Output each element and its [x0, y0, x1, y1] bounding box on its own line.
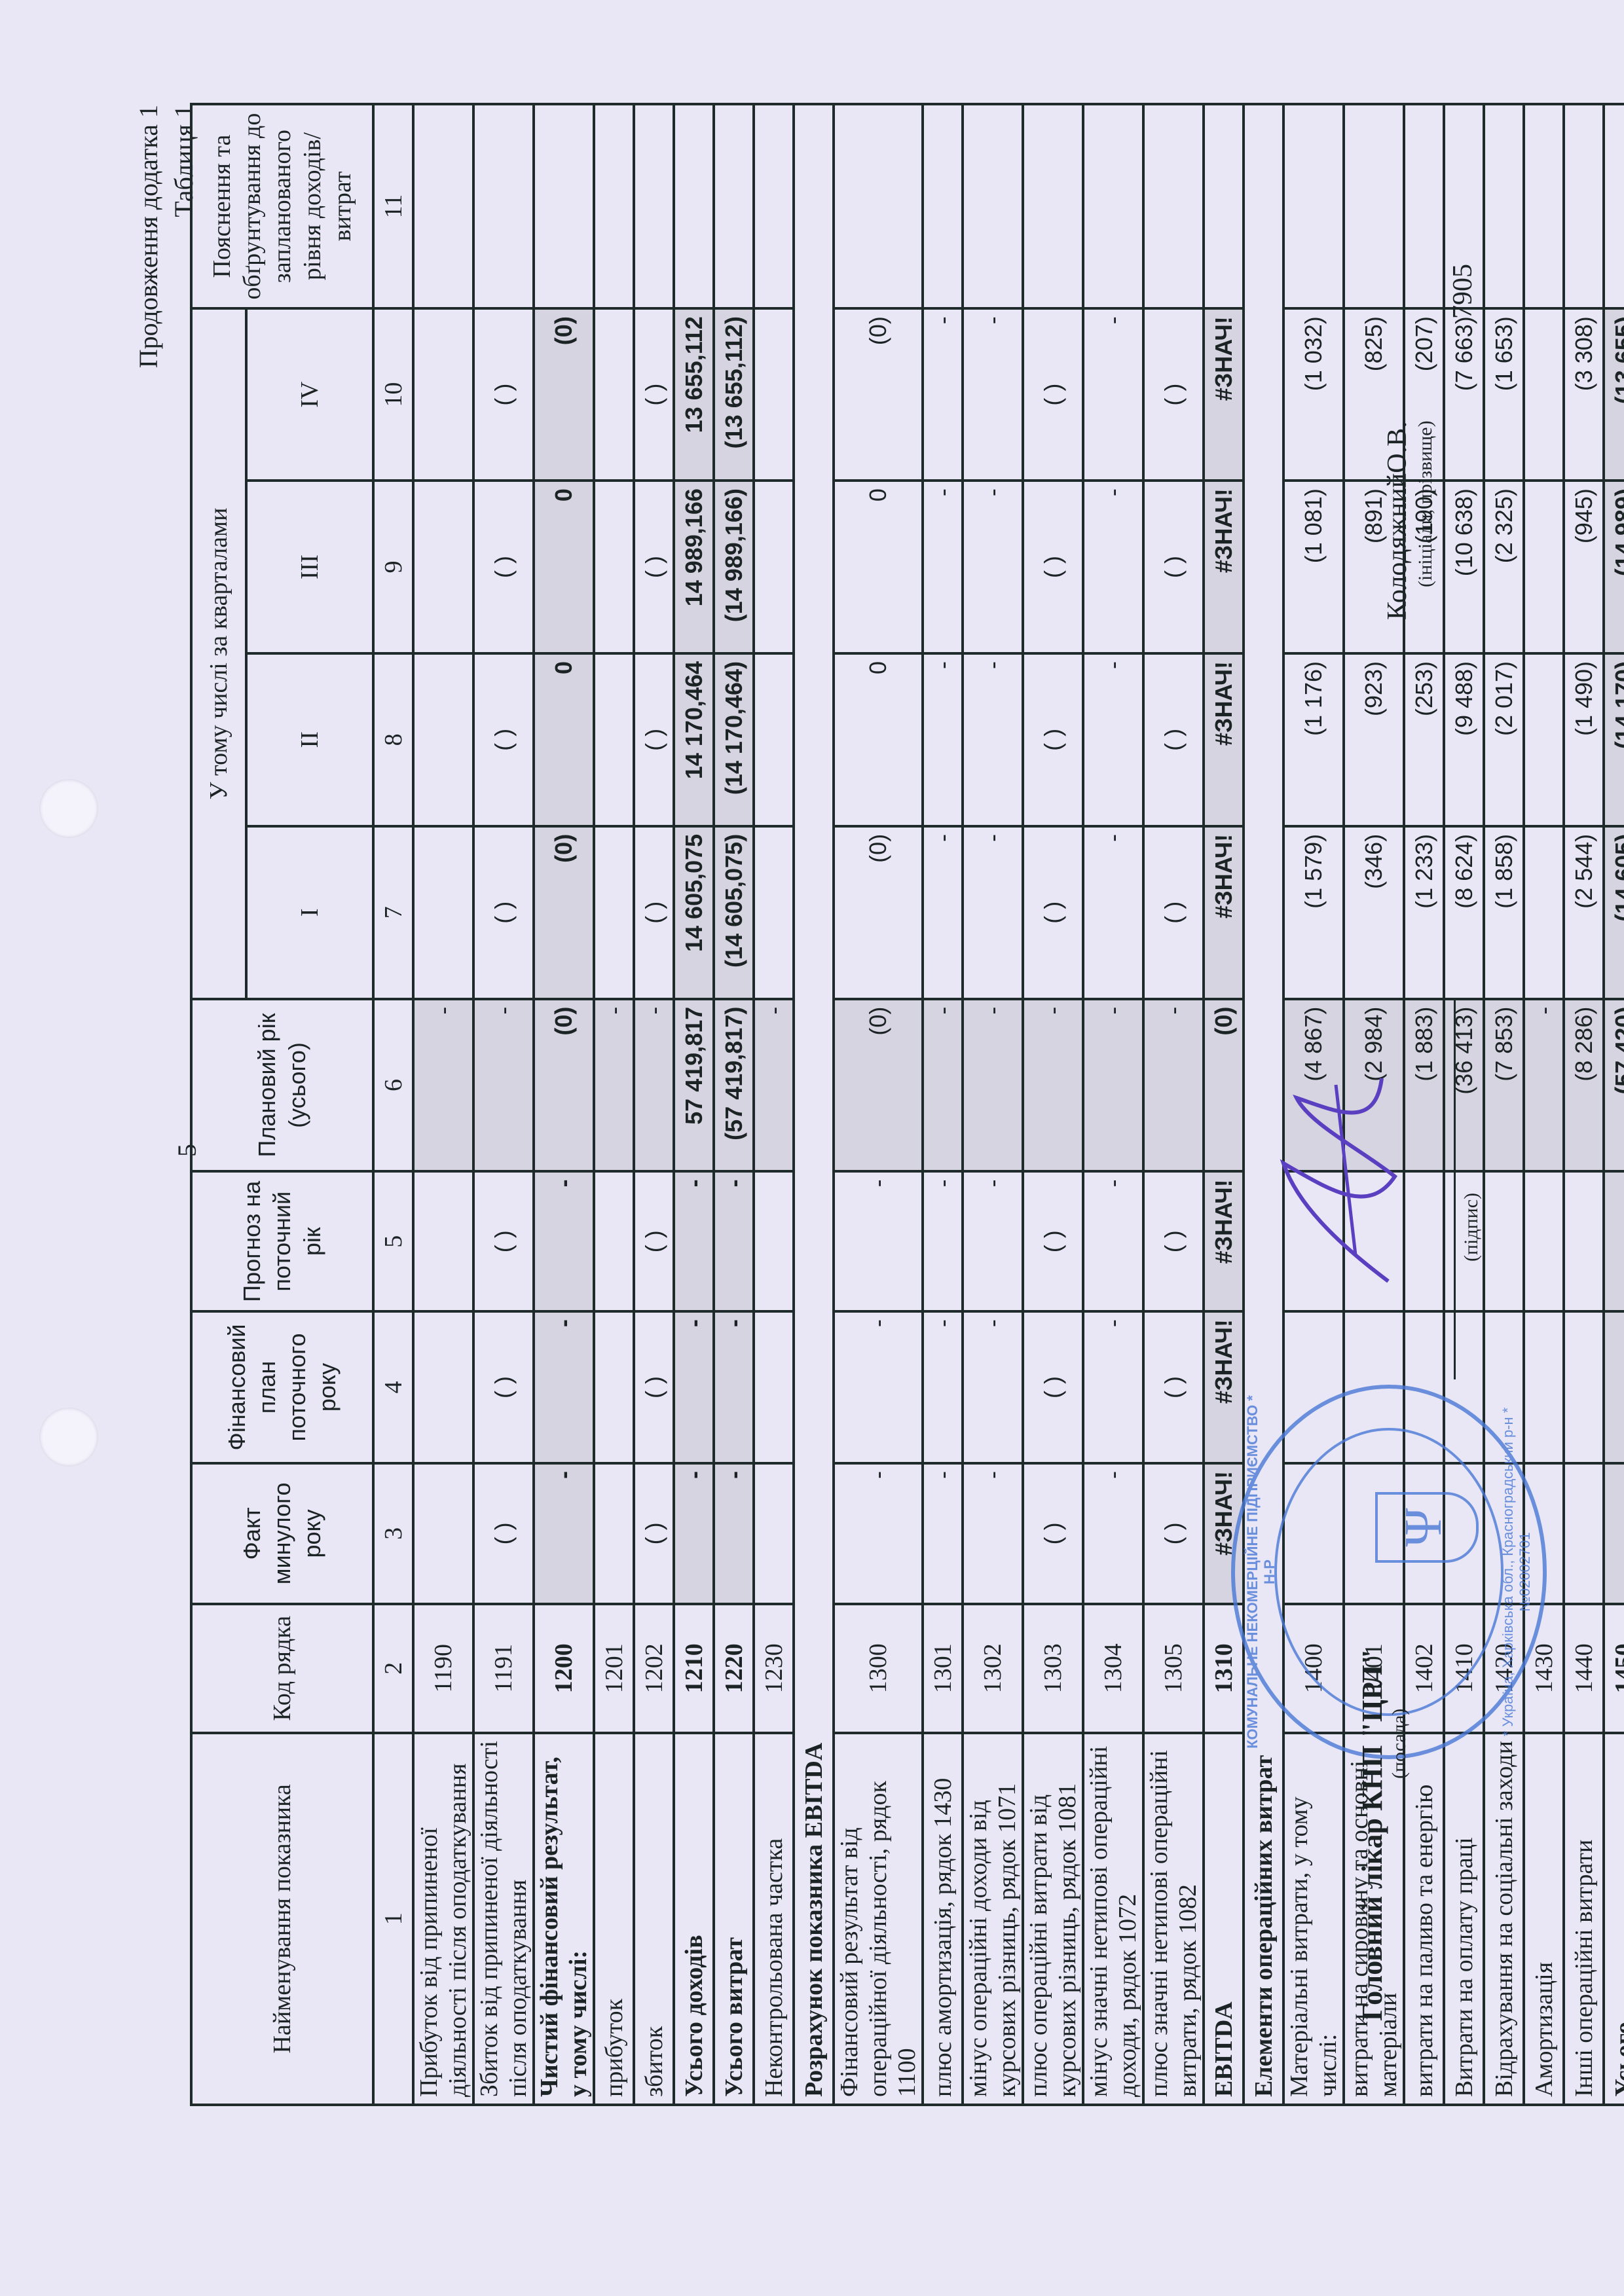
cell-value: 0 [834, 481, 923, 653]
cell-value: (0) [834, 999, 923, 1172]
cell-value: ( ) [1023, 826, 1083, 999]
name-caption: (ініціали, прізвище) [1414, 420, 1437, 587]
cell-value: ( ) [1023, 308, 1083, 481]
cell-value: - [634, 999, 674, 1172]
header-forecast: Прогноз на поточний рік [191, 1171, 373, 1311]
cell-value [413, 1171, 473, 1311]
table-row: Усього доходів1210---57 419,81714 605,07… [674, 104, 714, 2105]
cell-value: - [923, 1463, 963, 1604]
row-name: Відрахування на соціальні заходи [1484, 1733, 1524, 2105]
cell-value [413, 308, 473, 481]
row-note [1023, 104, 1083, 308]
cell-value: (7 663) [1444, 308, 1484, 481]
cell-value: (8 624) [1444, 826, 1484, 999]
row-note [1524, 104, 1564, 308]
position-caption: (посада) [1388, 1709, 1411, 1779]
cell-value: (0) [534, 826, 594, 999]
table-row: прибуток1201- [594, 104, 634, 2105]
cell-value: 0 [834, 653, 923, 826]
row-note [473, 104, 534, 308]
row-note [413, 104, 473, 308]
cell-value: - [963, 1171, 1023, 1311]
cell-value: ( ) [473, 653, 534, 826]
column-number-4: 4 [373, 1311, 413, 1463]
row-note [1564, 104, 1604, 308]
cell-value [1564, 1311, 1604, 1463]
row-name: Збиток від припиненої діяльності після о… [473, 1733, 534, 2105]
cell-value: (14 605) [1604, 826, 1624, 999]
cell-value: ( ) [634, 1463, 674, 1604]
table-row: плюс операційні витрати від курсових різ… [1023, 104, 1083, 2105]
row-name: Матеріальні витрати, у тому числі: [1283, 1733, 1344, 2105]
table-row: мінус операційні доходи від курсових різ… [963, 104, 1023, 2105]
cell-value: - [963, 1311, 1023, 1463]
row-code: 1303 [1023, 1604, 1083, 1733]
coat-of-arms-icon: Ψ [1375, 1492, 1479, 1563]
cell-value: #ЗНАЧ! [1204, 1311, 1244, 1463]
stamp-outer-text: КОМУНАЛЬНЕ НЕКОМЕРЦІЙНЕ ПІДПРИЄМСТВО * Н… [1244, 1389, 1278, 1755]
rotated-page: 5 Продовження додатка 1 Таблиця 1 Наймен… [0, 0, 1624, 2296]
cell-value: ( ) [1023, 1463, 1083, 1604]
table-row: Усього витрат1220---(57 419,817)(14 605,… [714, 104, 754, 2105]
cell-value: (346) [1344, 826, 1404, 999]
row-name: збиток [634, 1733, 674, 2105]
signatory-position: Головний лікар КНП "ЦРЛ" [1356, 1649, 1389, 2021]
cell-value: - [714, 1311, 754, 1463]
column-number-2: 2 [373, 1604, 413, 1733]
cell-value [754, 1171, 794, 1311]
table-row: Неконтрольована частка1230- [754, 104, 794, 2105]
row-code: 1304 [1083, 1604, 1143, 1733]
cell-value [754, 481, 794, 653]
row-name: Фінансовий результат від операційної дія… [834, 1733, 923, 2105]
cell-value: - [963, 999, 1023, 1172]
row-code: 1210 [674, 1604, 714, 1733]
cell-value: ( ) [634, 826, 674, 999]
table-row: Прибуток від припиненої діяльності після… [413, 104, 473, 2105]
cell-value: (57 420) [1604, 999, 1624, 1172]
row-code: 1302 [963, 1604, 1023, 1733]
cell-value: ( ) [473, 826, 534, 999]
row-code: 1191 [473, 1604, 534, 1733]
header-plan-year: Плановий рік (усього) [191, 999, 373, 1172]
cell-value: (14 605,075) [714, 826, 754, 999]
row-note [674, 104, 714, 308]
header-q3: III [246, 481, 373, 653]
cell-value [413, 826, 473, 999]
row-code: 1202 [634, 1604, 674, 1733]
cell-value: - [1083, 1171, 1143, 1311]
cell-value: - [534, 1463, 594, 1604]
section-header-row: Розрахунок показника EBITDA [794, 104, 834, 2105]
column-number-row: 1234567891011 [373, 104, 413, 2105]
table-row: мінус значні нетипові операційні доходи,… [1083, 104, 1143, 2105]
cell-value: (923) [1344, 653, 1404, 826]
column-number-9: 9 [373, 481, 413, 653]
cell-value: (2 544) [1564, 826, 1604, 999]
cell-value: ( ) [634, 653, 674, 826]
cell-value: (2 325) [1484, 481, 1524, 653]
row-code: 1200 [534, 1604, 594, 1733]
cell-value: (1 490) [1564, 653, 1604, 826]
cell-value [594, 1463, 634, 1604]
row-note [1283, 104, 1344, 308]
row-name: витрати на паливо та енергію [1404, 1733, 1444, 2105]
row-note [754, 104, 794, 308]
table-row: Усього1450---(57 420)(14 605)(14 170)(14… [1604, 104, 1624, 2105]
cell-value: - [1143, 999, 1204, 1172]
cell-value: - [923, 999, 963, 1172]
column-number-10: 10 [373, 308, 413, 481]
cell-value [1524, 1171, 1564, 1311]
cell-value: (14 989) [1604, 481, 1624, 653]
cell-value [754, 1463, 794, 1604]
cell-value [594, 308, 634, 481]
cell-value: (1 579) [1283, 826, 1344, 999]
row-name: прибуток [594, 1733, 634, 2105]
cell-value: - [834, 1171, 923, 1311]
cell-value: - [963, 826, 1023, 999]
stamp-inner-ring: Ψ [1274, 1428, 1504, 1716]
cell-value [1524, 653, 1564, 826]
table-row: Витрати на оплату праці1410(36 413)(8 62… [1444, 104, 1484, 2105]
table-row: плюс амортизація, рядок 14301301-------- [923, 104, 963, 2105]
row-note [963, 104, 1023, 308]
cell-value: (1 653) [1484, 308, 1524, 481]
row-name: Усього витрат [714, 1733, 754, 2105]
cell-value: - [1083, 1311, 1143, 1463]
cell-value: (2 017) [1484, 653, 1524, 826]
cell-value: - [1083, 481, 1143, 653]
row-code: 1300 [834, 1604, 923, 1733]
cell-value: #ЗНАЧ! [1204, 1171, 1244, 1311]
cell-value: (0) [834, 308, 923, 481]
row-code: 1440 [1564, 1604, 1604, 1733]
table-body: Прибуток від припиненої діяльності після… [413, 104, 1624, 2105]
cell-value: ( ) [1143, 826, 1204, 999]
cell-value: 14 170,464 [674, 653, 714, 826]
cell-value: ( ) [1143, 308, 1204, 481]
row-name: Усього [1604, 1733, 1624, 2105]
cell-value: 57 419,817 [674, 999, 714, 1172]
table-row: Інші операційні витрати1440(8 286)(2 544… [1564, 104, 1604, 2105]
cell-value: (3 308) [1564, 308, 1604, 481]
cell-value [413, 1463, 473, 1604]
cell-value [413, 481, 473, 653]
cell-value: - [1083, 308, 1143, 481]
row-code: 1230 [754, 1604, 794, 1733]
cell-value: ( ) [634, 481, 674, 653]
table-row: Відрахування на соціальні заходи1420(7 8… [1484, 104, 1524, 2105]
cell-value [594, 1311, 634, 1463]
row-name: мінус значні нетипові операційні доходи,… [1083, 1733, 1143, 2105]
cell-value: (1 032) [1283, 308, 1344, 481]
cell-value: - [714, 1171, 754, 1311]
cell-value: ( ) [473, 1171, 534, 1311]
cell-value: ( ) [473, 481, 534, 653]
cell-value [1564, 1463, 1604, 1604]
cell-value: 13 655,112 [674, 308, 714, 481]
cell-value [754, 308, 794, 481]
cell-value: - [1604, 1311, 1624, 1463]
signature-icon [1257, 1059, 1414, 1294]
cell-value [594, 1171, 634, 1311]
cell-value [754, 653, 794, 826]
cell-value: #ЗНАЧ! [1204, 481, 1244, 653]
official-stamp: КОМУНАЛЬНЕ НЕКОМЕРЦІЙНЕ ПІДПРИЄМСТВО * Н… [1231, 1385, 1547, 1759]
header-q2: II [246, 653, 373, 826]
cell-value: ( ) [473, 308, 534, 481]
cell-value: (1 081) [1283, 481, 1344, 653]
header-q4: IV [246, 308, 373, 481]
table-row: збиток1202( )( )( )-( )( )( )( ) [634, 104, 674, 2105]
cell-value: 14 989,166 [674, 481, 714, 653]
cell-value: (57 419,817) [714, 999, 754, 1172]
row-note [714, 104, 754, 308]
cell-value: (1 176) [1283, 653, 1344, 826]
row-note [1604, 104, 1624, 308]
cell-value [1524, 308, 1564, 481]
cell-value: - [1083, 653, 1143, 826]
cell-value: (253) [1404, 653, 1444, 826]
cell-value: (13 655,112) [714, 308, 754, 481]
cell-value: - [1083, 826, 1143, 999]
cell-value: - [1023, 999, 1083, 1172]
cell-value: ( ) [473, 1463, 534, 1604]
table-row: плюс значні нетипові операційні витрати,… [1143, 104, 1204, 2105]
cell-value: (36 413) [1444, 999, 1484, 1172]
row-code: 1450 [1604, 1604, 1624, 1733]
column-number-1: 1 [373, 1733, 413, 2105]
cell-value: ( ) [1143, 1463, 1204, 1604]
table-row: Збиток від припиненої діяльності після о… [473, 104, 534, 2105]
signature-caption: (підпис) [1460, 1193, 1483, 1262]
column-number-3: 3 [373, 1463, 413, 1604]
row-code: 1220 [714, 1604, 754, 1733]
row-name: Витрати на оплату праці [1444, 1733, 1484, 2105]
column-number-5: 5 [373, 1171, 413, 1311]
cell-value: - [674, 1171, 714, 1311]
signatory-name: КолодяжнийО.В. [1382, 421, 1413, 620]
row-note [634, 104, 674, 308]
row-name: Неконтрольована частка [754, 1733, 794, 2105]
stamp-bottom-text: * Україна, Харківська обл., Красноградсь… [1500, 1389, 1534, 1755]
table-row: Фінансовий результат від операційної дія… [834, 104, 923, 2105]
cell-value: ( ) [634, 308, 674, 481]
cell-value: - [923, 1171, 963, 1311]
cell-value: - [834, 1311, 923, 1463]
header-quarters: У тому числі за кварталами [191, 308, 246, 998]
cell-value: ( ) [1023, 1311, 1083, 1463]
row-name: плюс операційні витрати від курсових різ… [1023, 1733, 1083, 2105]
row-name: плюс значні нетипові операційні витрати,… [1143, 1733, 1204, 2105]
row-name: Усього доходів [674, 1733, 714, 2105]
row-note [834, 104, 923, 308]
row-note [923, 104, 963, 308]
cell-value: - [1524, 999, 1564, 1172]
cell-value: - [1083, 999, 1143, 1172]
cell-value: ( ) [1143, 1171, 1204, 1311]
table-row: Чистий фінансовий результат, у тому числ… [534, 104, 594, 2105]
row-name: Прибуток від припиненої діяльності після… [413, 1733, 473, 2105]
header-fact-prev: Факт минулого року [191, 1463, 373, 1604]
cell-value: (14 170) [1604, 653, 1624, 826]
header-note: Пояснення та обґрунтування до запланован… [191, 104, 373, 308]
cell-value: - [963, 308, 1023, 481]
table-row: EBITDA1310#ЗНАЧ!#ЗНАЧ!#ЗНАЧ!(0)#ЗНАЧ!#ЗН… [1204, 104, 1244, 2105]
cell-value: (1 858) [1484, 826, 1524, 999]
column-number-6: 6 [373, 999, 413, 1172]
cell-value: 0 [534, 653, 594, 826]
cell-value [1524, 481, 1564, 653]
cell-value: ( ) [1143, 1311, 1204, 1463]
cell-value: - [834, 1463, 923, 1604]
header-fin-plan: Фінансовий план поточного року [191, 1311, 373, 1463]
cell-value: - [963, 481, 1023, 653]
row-name: Амортизація [1524, 1733, 1564, 2105]
cell-value: ( ) [1023, 653, 1083, 826]
row-name: EBITDA [1204, 1733, 1244, 2105]
cell-value: - [923, 481, 963, 653]
row-name: Розрахунок показника EBITDA [794, 104, 834, 2105]
cell-value: - [923, 826, 963, 999]
row-name: плюс амортизація, рядок 1430 [923, 1733, 963, 2105]
column-number-8: 8 [373, 653, 413, 826]
row-note [1083, 104, 1143, 308]
cell-value [1484, 1171, 1524, 1311]
cell-value: - [714, 1463, 754, 1604]
header-code: Код рядка [191, 1604, 373, 1733]
signature-line [1454, 1000, 1456, 1379]
cell-value: - [674, 1311, 714, 1463]
table-row: Амортизація1430- [1524, 104, 1564, 2105]
cell-value: (0) [534, 999, 594, 1172]
cell-value: ( ) [1143, 653, 1204, 826]
cell-value: (0) [534, 308, 594, 481]
row-code: 1305 [1143, 1604, 1204, 1733]
row-code: 1190 [413, 1604, 473, 1733]
cell-value: - [1604, 1171, 1624, 1311]
row-note [534, 104, 594, 308]
cell-value: #ЗНАЧ! [1204, 308, 1244, 481]
cell-value: (14 170,464) [714, 653, 754, 826]
cell-value: (945) [1564, 481, 1604, 653]
row-note [594, 104, 634, 308]
row-code: 1301 [923, 1604, 963, 1733]
cell-value: ( ) [1023, 481, 1083, 653]
cell-value [754, 1311, 794, 1463]
cell-value: ( ) [1143, 481, 1204, 653]
cell-value: (10 638) [1444, 481, 1484, 653]
column-number-7: 7 [373, 826, 413, 999]
cell-value [594, 826, 634, 999]
cell-value: - [963, 1463, 1023, 1604]
row-code: 1201 [594, 1604, 634, 1733]
cell-value: (0) [834, 826, 923, 999]
header-q1: I [246, 826, 373, 999]
reference-number: 7905 [1447, 264, 1479, 319]
cell-value: - [674, 1463, 714, 1604]
cell-value: ( ) [1023, 1171, 1083, 1311]
cell-value: (13 655) [1604, 308, 1624, 481]
row-name: мінус операційні доходи від курсових різ… [963, 1733, 1023, 2105]
continuation-label: Продовження додатка 1 [131, 105, 166, 368]
cell-value [594, 481, 634, 653]
cell-value: - [923, 653, 963, 826]
cell-value [754, 826, 794, 999]
row-note [1143, 104, 1204, 308]
row-note [1344, 104, 1404, 308]
cell-value [594, 653, 634, 826]
column-number-11: 11 [373, 104, 413, 308]
cell-value: (8 286) [1564, 999, 1604, 1172]
cell-value: - [754, 999, 794, 1172]
cell-value: #ЗНАЧ! [1204, 653, 1244, 826]
cell-value: - [1604, 1463, 1624, 1604]
cell-value: - [473, 999, 534, 1172]
cell-value: (7 853) [1484, 999, 1524, 1172]
cell-value: #ЗНАЧ! [1204, 826, 1244, 999]
cell-value: 0 [534, 481, 594, 653]
cell-value: ( ) [473, 1311, 534, 1463]
cell-value: 14 605,075 [674, 826, 714, 999]
cell-value: - [923, 1311, 963, 1463]
cell-value: - [1083, 1463, 1143, 1604]
cell-value [1564, 1171, 1604, 1311]
cell-value: ( ) [634, 1311, 674, 1463]
cell-value: - [534, 1311, 594, 1463]
cell-value [413, 653, 473, 826]
cell-value: (1 233) [1404, 826, 1444, 999]
cell-value: ( ) [634, 1171, 674, 1311]
row-name: Чистий фінансовий результат, у тому числ… [534, 1733, 594, 2105]
row-note [1404, 104, 1444, 308]
cell-value [1524, 826, 1564, 999]
header-name: Найменування показника [191, 1733, 373, 2105]
cell-value: (0) [1204, 999, 1244, 1172]
cell-value: - [923, 308, 963, 481]
row-note [1204, 104, 1244, 308]
cell-value: (9 488) [1444, 653, 1484, 826]
cell-value [413, 1311, 473, 1463]
cell-value: - [594, 999, 634, 1172]
cell-value: - [413, 999, 473, 1172]
cell-value: (14 989,166) [714, 481, 754, 653]
row-note [1484, 104, 1524, 308]
row-name: Інші операційні витрати [1564, 1733, 1604, 2105]
cell-value: - [534, 1171, 594, 1311]
cell-value: - [963, 653, 1023, 826]
